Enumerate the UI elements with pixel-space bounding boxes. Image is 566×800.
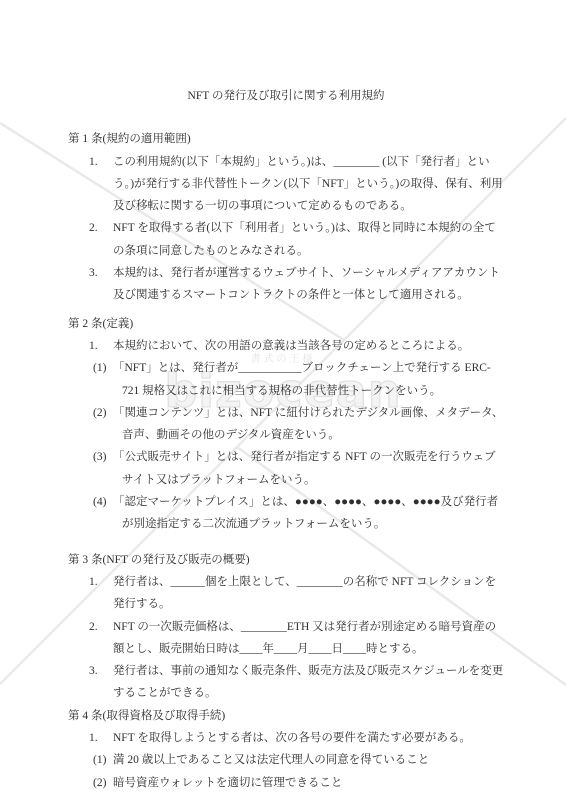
article-heading: 第 3 条(NFT の発行及び販売の概要) — [68, 549, 504, 571]
item-text: 「公式販売サイト」とは、発行者が指定する NFT の一次販売を行うウェブサイト又… — [122, 446, 504, 491]
article-item: 2.NFT の一次販売価格は、________ETH 又は発行者が別途定める暗号… — [68, 616, 504, 661]
item-text: 「関連コンテンツ」とは、NFT に紐付けられたデジタル画像、メタデータ、音声、動… — [122, 402, 504, 447]
item-number: 1. — [89, 335, 98, 357]
item-text: 暗号資産ウォレットを適切に管理できること — [122, 772, 504, 794]
article-item: (4)「認定マーケットプレイス」とは、●●●●、●●●●、●●●●、●●●●及び… — [68, 491, 504, 536]
article-item: (1)満 20 歳以上であること又は法定代理人の同意を得ていること — [68, 749, 504, 771]
article: 第 1 条(規約の適用範囲)1.この利用規約(以下「本規約」という。)は、___… — [68, 128, 504, 306]
item-number: 2. — [89, 217, 98, 239]
item-text: この利用規約(以下「本規約」という。)は、________ (以下「発行者」とい… — [113, 151, 504, 218]
item-number: 3. — [89, 262, 98, 284]
article-item: 1.NFT を取得しようとする者は、次の各号の要件を満たす必要がある。 — [68, 727, 504, 749]
item-text: NFT の一次販売価格は、________ETH 又は発行者が別途定める暗号資産… — [113, 616, 504, 661]
item-text: NFT を取得する者(以下「利用者」という。)は、取得と同時に本規約の全ての条項… — [113, 217, 504, 262]
article-heading: 第 2 条(定義) — [68, 313, 504, 335]
document-body: NFT の発行及び取引に関する利用規約 第 1 条(規約の適用範囲)1.この利用… — [68, 0, 504, 794]
item-number: (4) — [93, 491, 106, 513]
page-title: NFT の発行及び取引に関する利用規約 — [68, 0, 504, 107]
article-item: 1.この利用規約(以下「本規約」という。)は、________ (以下「発行者」… — [68, 151, 504, 218]
article-item: (3)「公式販売サイト」とは、発行者が指定する NFT の一次販売を行うウェブサ… — [68, 446, 504, 491]
article: 第 3 条(NFT の発行及び販売の概要)1.発行者は、______個を上限とし… — [68, 549, 504, 705]
article-item: (1)「NFT」とは、発行者が___________ブロックチェーン上で発行する… — [68, 357, 504, 402]
item-text: NFT を取得しようとする者は、次の各号の要件を満たす必要がある。 — [113, 727, 504, 749]
article-item: 2.NFT を取得する者(以下「利用者」という。)は、取得と同時に本規約の全ての… — [68, 217, 504, 262]
item-number: 2. — [89, 616, 98, 638]
article-item: (2)暗号資産ウォレットを適切に管理できること — [68, 772, 504, 794]
article: 第 2 条(定義)1.本規約において、次の用語の意義は当該各号の定めるところによ… — [68, 313, 504, 536]
item-text: 発行者は、______個を上限として、________の名称で NFT コレクシ… — [113, 571, 504, 616]
item-number: (2) — [93, 772, 106, 794]
article-item: 1.本規約において、次の用語の意義は当該各号の定めるところによる。 — [68, 335, 504, 357]
document-page: 書式の王様 bizocean NFT の発行及び取引に関する利用規約 第 1 条… — [0, 0, 566, 800]
articles-container: 第 1 条(規約の適用範囲)1.この利用規約(以下「本規約」という。)は、___… — [68, 128, 504, 794]
item-text: 本規約は、発行者が運営するウェブサイト、ソーシャルメディアアカウント及び関連する… — [113, 262, 504, 307]
article-item: 3.発行者は、事前の通知なく販売条件、販売方法及び販売スケジュールを変更すること… — [68, 660, 504, 705]
item-number: (3) — [93, 446, 106, 468]
item-number: 1. — [89, 727, 98, 749]
item-text: 発行者は、事前の通知なく販売条件、販売方法及び販売スケジュールを変更することがで… — [113, 660, 504, 705]
item-number: 1. — [89, 151, 98, 173]
item-number: 1. — [89, 571, 98, 593]
item-text: 満 20 歳以上であること又は法定代理人の同意を得ていること — [122, 749, 504, 771]
item-number: (1) — [93, 749, 106, 771]
article-item: (2)「関連コンテンツ」とは、NFT に紐付けられたデジタル画像、メタデータ、音… — [68, 402, 504, 447]
article: 第 4 条(取得資格及び取得手続)1.NFT を取得しようとする者は、次の各号の… — [68, 705, 504, 794]
item-number: 3. — [89, 660, 98, 682]
item-text: 本規約において、次の用語の意義は当該各号の定めるところによる。 — [113, 335, 504, 357]
item-number: (2) — [93, 402, 106, 424]
item-text: 「NFT」とは、発行者が___________ブロックチェーン上で発行する ER… — [122, 357, 504, 402]
article-heading: 第 4 条(取得資格及び取得手続) — [68, 705, 504, 727]
item-number: (1) — [93, 357, 106, 379]
item-text: 「認定マーケットプレイス」とは、●●●●、●●●●、●●●●、●●●●及び発行者… — [122, 491, 504, 536]
article-item: 3.本規約は、発行者が運営するウェブサイト、ソーシャルメディアアカウント及び関連… — [68, 262, 504, 307]
article-heading: 第 1 条(規約の適用範囲) — [68, 128, 504, 150]
article-item: 1.発行者は、______個を上限として、________の名称で NFT コレ… — [68, 571, 504, 616]
